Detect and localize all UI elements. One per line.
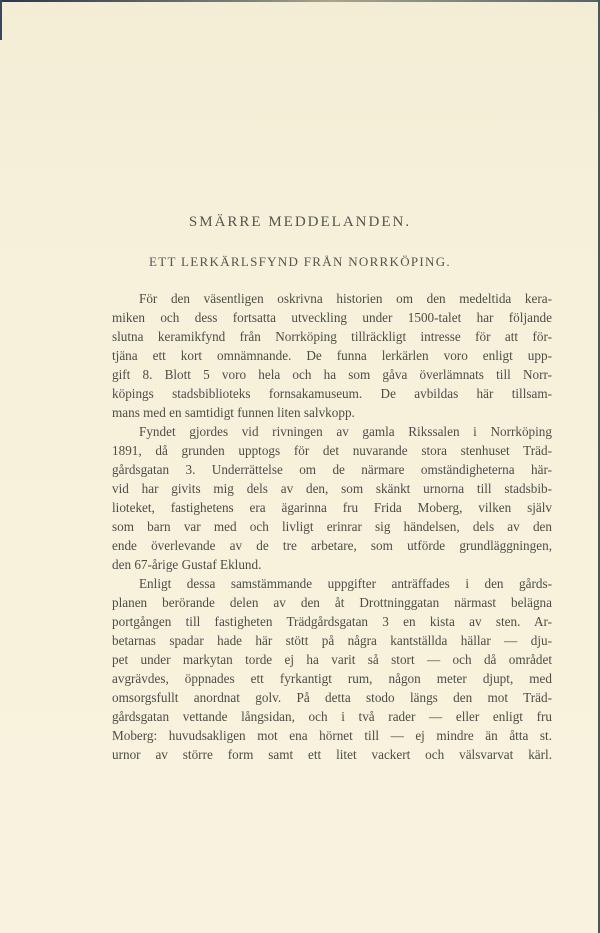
page-left-edge [0, 0, 2, 40]
text-line: den 67-årige Gustaf Eklund. [112, 555, 552, 574]
text-line: slutna keramikfynd från Norrköping tillr… [112, 327, 552, 346]
paragraph-2: Fyndet gjordes vid rivningen av gamla Ri… [112, 422, 552, 574]
article-body: För den väsentligen oskrivna historien o… [112, 289, 552, 764]
text-line: gårdsgatan 3. Underrättelse om de närmar… [112, 460, 552, 479]
paragraph-1: För den väsentligen oskrivna historien o… [112, 289, 552, 422]
text-line: lioteket, fastighetens era ägarinna fru … [112, 498, 552, 517]
scanned-page: SMÄRRE MEDDELANDEN. ETT LERKÄRLSFYND FRÅ… [0, 0, 600, 933]
page-top-edge [0, 0, 600, 2]
text-line: omsorgsfullt anordnat golv. På detta sto… [112, 688, 552, 707]
section-title: SMÄRRE MEDDELANDEN. [0, 214, 600, 231]
text-line: urnor av större form samt ett litet vack… [112, 745, 552, 764]
article-title: ETT LERKÄRLSFYND FRÅN NORRKÖPING. [0, 254, 600, 270]
text-line: 1891, då grunden upptogs för det nuvaran… [112, 441, 552, 460]
text-line: planen berörande delen av den åt Drottni… [112, 593, 552, 612]
text-line: som barn var med och livligt erinrar sig… [112, 517, 552, 536]
text-line: Fyndet gjordes vid rivningen av gamla Ri… [112, 422, 552, 441]
text-line: vid har givits mig dels av den, som skän… [112, 479, 552, 498]
text-line: portgången till fastigheten Trädgårdsgat… [112, 612, 552, 631]
text-line: avgrävdes, öppnades ett fyrkantigt rum, … [112, 669, 552, 688]
paragraph-3: Enligt dessa samstämmande uppgifter antr… [112, 574, 552, 764]
text-line: ende överlevande av de tre arbetare, som… [112, 536, 552, 555]
text-line: miken och dess fortsatta utveckling unde… [112, 308, 552, 327]
text-line: pet under markytan torde ej ha varit så … [112, 650, 552, 669]
text-line: gårdsgatan vettande långsidan, och i två… [112, 707, 552, 726]
text-line: Enligt dessa samstämmande uppgifter antr… [112, 574, 552, 593]
text-line: tjäna ett kort omnämnande. De funna lerk… [112, 346, 552, 365]
text-line: mans med en samtidigt funnen liten salvk… [112, 403, 552, 422]
text-line: betarnas spadar hade här stött på några … [112, 631, 552, 650]
text-line: För den väsentligen oskrivna historien o… [112, 289, 552, 308]
text-line: gift 8. Blott 5 voro hela och ha som gåv… [112, 365, 552, 384]
text-line: köpings stadsbiblioteks fornsakamuseum. … [112, 384, 552, 403]
text-line: Moberg: huvudsakligen mot ena hörnet til… [112, 726, 552, 745]
